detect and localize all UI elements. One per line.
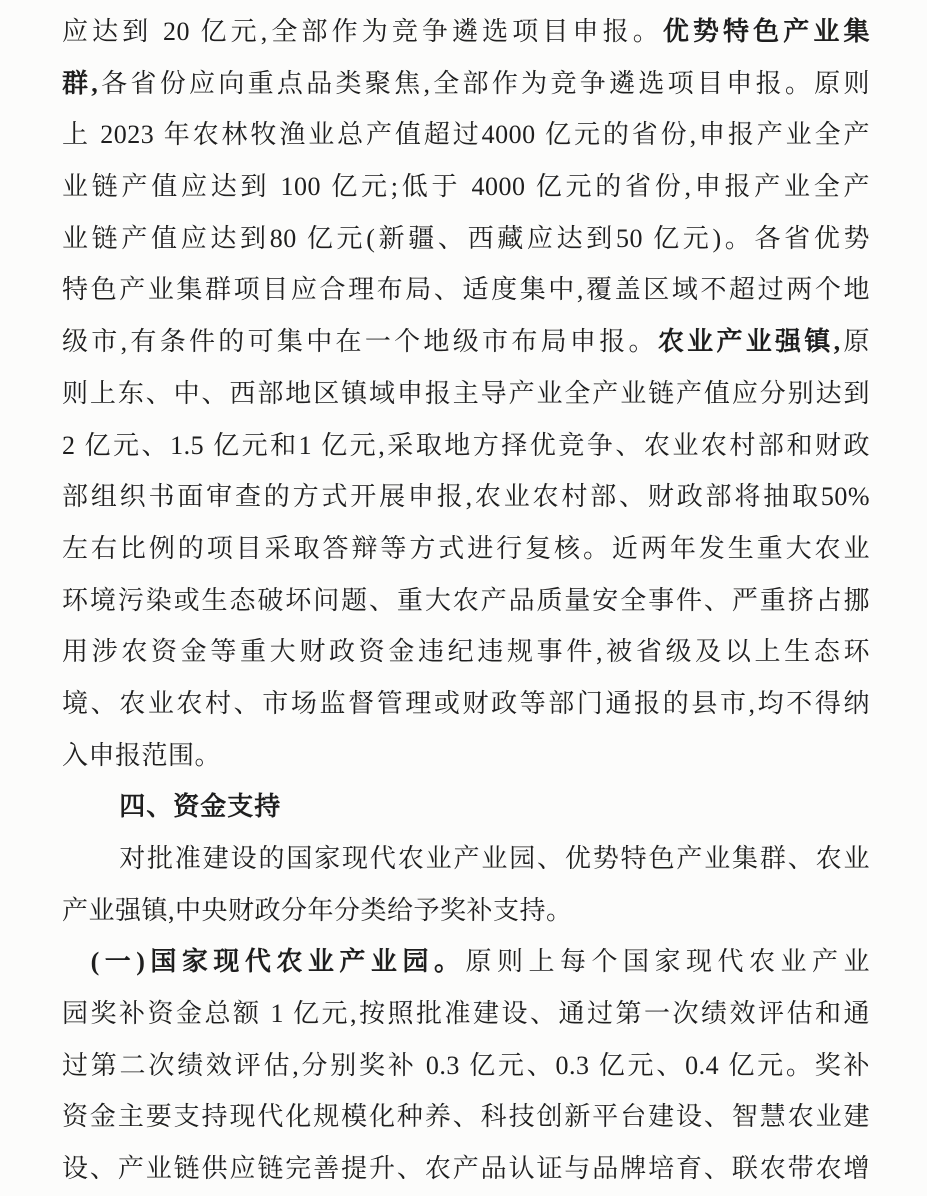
text-line: 产业强镇,中央财政分年分类给予奖补支持。	[62, 885, 870, 937]
text-line: 左右比例的项目采取答辩等方式进行复核。近两年发生重大农业	[62, 523, 870, 575]
text-segment: 过第二次绩效评估,分别奖补 0.3 亿元、0.3 亿元、0.4 亿元。奖补	[62, 1051, 870, 1080]
text-line: 境、农业农村、市场监督管理或财政等部门通报的县市,均不得纳	[62, 678, 870, 730]
text-segment: 部组织书面审查的方式开展申报,农业农村部、财政部将抽取50%	[62, 482, 870, 511]
text-line: 业链产值应达到 100 亿元;低于 4000 亿元的省份,申报产业全产	[62, 161, 870, 213]
text-segment: 原	[841, 327, 870, 356]
text-segment: 各省份应向重点品类聚焦,全部作为竞争遴选项目申报。原则	[98, 69, 870, 98]
text-segment: 境、农业农村、市场监督管理或财政等部门通报的县市,均不得纳	[62, 689, 870, 718]
text-segment: 入申报范围。	[62, 741, 221, 770]
text-segment: 则上东、中、西部地区镇域申报主导产业全产业链产值应分别达到	[62, 379, 870, 408]
text-line: 过第二次绩效评估,分别奖补 0.3 亿元、0.3 亿元、0.4 亿元。奖补	[62, 1040, 870, 1092]
text-segment: 园奖补资金总额 1 亿元,按照批准建设、通过第一次绩效评估和通	[62, 999, 870, 1028]
text-line: (一)国家现代农业产业园。原则上每个国家现代农业产业	[62, 936, 870, 988]
text-segment: 上 2023 年农林牧渔业总产值超过4000 亿元的省份,申报产业全产	[62, 120, 870, 149]
text-line: 应达到 20 亿元,全部作为竞争遴选项目申报。优势特色产业集	[62, 6, 870, 58]
document-page: 应达到 20 亿元,全部作为竞争遴选项目申报。优势特色产业集群,各省份应向重点品…	[0, 0, 927, 1196]
bold-text-segment: 农业产业强镇,	[658, 327, 841, 356]
text-line: 设、产业链供应链完善提升、农产品认证与品牌培育、联农带农增	[62, 1143, 870, 1195]
text-segment: 特色产业集群项目应合理布局、适度集中,覆盖区域不超过两个地	[62, 275, 870, 304]
bold-text-segment: 群,	[62, 69, 98, 98]
text-line: 则上东、中、西部地区镇域申报主导产业全产业链产值应分别达到	[62, 368, 870, 420]
text-segment: 2 亿元、1.5 亿元和1 亿元,采取地方择优竞争、农业农村部和财政	[62, 431, 870, 460]
text-line: 园奖补资金总额 1 亿元,按照批准建设、通过第一次绩效评估和通	[62, 988, 870, 1040]
text-segment: 用涉农资金等重大财政资金违纪违规事件,被省级及以上生态环	[62, 637, 870, 666]
bold-text-segment: 四、资金支持	[119, 791, 281, 821]
document-body: 应达到 20 亿元,全部作为竞争遴选项目申报。优势特色产业集群,各省份应向重点品…	[62, 6, 870, 1195]
section-heading: 四、资金支持	[62, 781, 870, 833]
text-line: 对批准建设的国家现代农业产业园、优势特色产业集群、农业	[62, 833, 870, 885]
text-line: 群,各省份应向重点品类聚焦,全部作为竞争遴选项目申报。原则	[62, 58, 870, 110]
text-segment: 对批准建设的国家现代农业产业园、优势特色产业集群、农业	[119, 844, 870, 873]
text-line: 业链产值应达到80 亿元(新疆、西藏应达到50 亿元)。各省优势	[62, 213, 870, 265]
text-segment: 应达到 20 亿元,全部作为竞争遴选项目申报。	[62, 17, 663, 46]
text-segment: 级市,有条件的可集中在一个地级市布局申报。	[62, 327, 658, 356]
text-line: 级市,有条件的可集中在一个地级市布局申报。农业产业强镇,原	[62, 316, 870, 368]
text-segment: 业链产值应达到 100 亿元;低于 4000 亿元的省份,申报产业全产	[62, 172, 870, 201]
bold-text-segment: 优势特色产业集	[663, 17, 870, 46]
text-segment: 左右比例的项目采取答辩等方式进行复核。近两年发生重大农业	[62, 534, 870, 563]
text-line: 上 2023 年农林牧渔业总产值超过4000 亿元的省份,申报产业全产	[62, 109, 870, 161]
text-line: 资金主要支持现代化规模化种养、科技创新平台建设、智慧农业建	[62, 1091, 870, 1143]
text-segment: 业链产值应达到80 亿元(新疆、西藏应达到50 亿元)。各省优势	[62, 224, 870, 253]
text-segment: 资金主要支持现代化规模化种养、科技创新平台建设、智慧农业建	[62, 1102, 870, 1131]
text-line: 特色产业集群项目应合理布局、适度集中,覆盖区域不超过两个地	[62, 264, 870, 316]
text-line: 2 亿元、1.5 亿元和1 亿元,采取地方择优竞争、农业农村部和财政	[62, 420, 870, 472]
text-segment: 设、产业链供应链完善提升、农产品认证与品牌培育、联农带农增	[62, 1154, 870, 1183]
text-line: 用涉农资金等重大财政资金违纪违规事件,被省级及以上生态环	[62, 626, 870, 678]
bold-text-segment: (一)国家现代农业产业园。	[91, 947, 466, 976]
text-segment: 环境污染或生态破坏问题、重大农产品质量安全事件、严重挤占挪	[62, 586, 870, 615]
text-segment: 原则上每个国家现代农业产业	[465, 947, 870, 976]
text-line: 环境污染或生态破坏问题、重大农产品质量安全事件、严重挤占挪	[62, 575, 870, 627]
text-line: 部组织书面审查的方式开展申报,农业农村部、财政部将抽取50%	[62, 471, 870, 523]
text-segment: 产业强镇,中央财政分年分类给予奖补支持。	[62, 896, 573, 925]
text-line: 入申报范围。	[62, 730, 870, 782]
